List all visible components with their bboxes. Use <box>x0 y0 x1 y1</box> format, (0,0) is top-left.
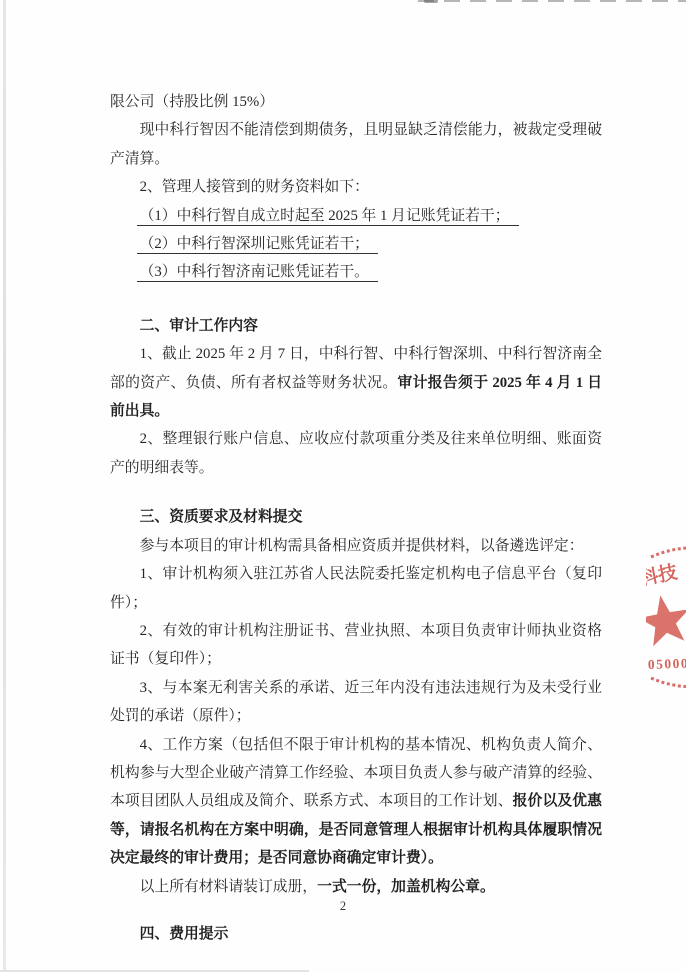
heading-section-4: 四、费用提示 <box>110 920 602 948</box>
document-content: 限公司（持股比例 15%）现中科行智因不能清偿到期债务，且明显缺乏清偿能力，被裁… <box>110 88 602 948</box>
paragraph-qualification-intro: 参与本项目的审计机构需具备相应资质并提供材料，以备遴选评定： <box>110 532 602 560</box>
heading-section-3: 三、资质要求及材料提交 <box>110 503 602 531</box>
paragraph-binding-note: 以上所有材料请装订成册，一式一份，加盖机构公章。 <box>110 873 602 901</box>
paragraph-continued: 限公司（持股比例 15%） <box>110 88 602 116</box>
text-segment: 3、与本案无利害关系的承诺、近三年内没有违法违规行为及未受行业处罚的承诺（原件）… <box>110 680 602 724</box>
seal-company-text: 科技 <box>646 560 679 590</box>
text-segment: （2）中科行智深圳记账凭证若干； <box>140 236 369 252</box>
text-segment: 2、整理银行账户信息、应收应付款项重分类及往来单位明细、账面资产的明细表等。 <box>110 431 602 475</box>
underlined-text: （3）中科行智济南记账凭证若干。 <box>137 264 378 282</box>
scan-line-artifact-top <box>418 0 686 2</box>
paragraph-audit-scope: 1、截止 2025 年 2 月 7 日，中科行智、中科行智深圳、中科行智济南全部… <box>110 340 602 425</box>
official-seal-fragment: 科技 05000 <box>646 542 686 692</box>
seal-star-icon <box>646 595 686 646</box>
text-segment: 2、管理人接管到的财务资料如下： <box>140 179 369 195</box>
text-segment: 1、审计机构须入驻江苏省人民法院委托鉴定机构电子信息平台（复印件）； <box>110 566 602 610</box>
paragraph-requirement-2: 2、有效的审计机构注册证书、营业执照、本项目负责审计师执业资格证书（复印件）； <box>110 617 602 674</box>
page-number: 2 <box>0 899 686 914</box>
paragraph-requirement-3: 3、与本案无利害关系的承诺、近三年内没有违法违规行为及未受行业处罚的承诺（原件）… <box>110 674 602 731</box>
list-item-2: （2）中科行智深圳记账凭证若干； <box>110 230 602 258</box>
paragraph-requirement-4: 4、工作方案（包括但不限于审计机构的基本情况、机构负责人简介、机构参与大型企业破… <box>110 731 602 873</box>
text-segment: 参与本项目的审计机构需具备相应资质并提供材料，以备遴选评定： <box>140 538 584 554</box>
text-segment: （1）中科行智自成立时起至 2025 年 1 月记账凭证若干； <box>140 208 510 224</box>
list-item-1: （1）中科行智自成立时起至 2025 年 1 月记账凭证若干； <box>110 202 602 230</box>
text-segment-bold: 三、资质要求及材料提交 <box>140 509 303 525</box>
text-segment-bold: 二、审计工作内容 <box>140 318 258 334</box>
paragraph-audit-sorting: 2、整理银行账户信息、应收应付款项重分类及往来单位明细、账面资产的明细表等。 <box>110 425 602 482</box>
underlined-text: （1）中科行智自成立时起至 2025 年 1 月记账凭证若干； <box>137 208 519 226</box>
text-segment: 2、有效的审计机构注册证书、营业执照、本项目负责审计师执业资格证书（复印件）； <box>110 623 602 667</box>
text-segment-bold: 四、费用提示 <box>140 926 229 942</box>
scan-blob-artifact-top <box>424 0 438 3</box>
paragraph-requirement-1: 1、审计机构须入驻江苏省人民法院委托鉴定机构电子信息平台（复印件）； <box>110 560 602 617</box>
seal-code-text: 05000 <box>648 656 686 672</box>
paragraph-insolvency: 现中科行智因不能清偿到期债务，且明显缺乏清偿能力，被裁定受理破产清算。 <box>110 116 602 173</box>
scan-edge-artifact-left <box>3 0 6 972</box>
seal-bottom-rim <box>651 678 686 687</box>
heading-section-2: 二、审计工作内容 <box>110 312 602 340</box>
paragraph-financial-materials: 2、管理人接管到的财务资料如下： <box>110 173 602 201</box>
text-segment: 以上所有材料请装订成册， <box>140 879 318 895</box>
underlined-text: （2）中科行智深圳记账凭证若干； <box>137 236 378 254</box>
section-gap <box>110 287 602 312</box>
seal-top-rim <box>651 548 686 557</box>
list-item-3: （3）中科行智济南记账凭证若干。 <box>110 258 602 286</box>
text-segment: 现中科行智因不能清偿到期债务，且明显缺乏清偿能力，被裁定受理破产清算。 <box>110 122 602 166</box>
text-segment-bold: 一式一份，加盖机构公章。 <box>317 879 495 895</box>
text-segment: （3）中科行智济南记账凭证若干。 <box>140 264 369 280</box>
document-page: 限公司（持股比例 15%）现中科行智因不能清偿到期债务，且明显缺乏清偿能力，被裁… <box>0 0 686 972</box>
section-gap <box>110 482 602 503</box>
text-segment: 限公司（持股比例 15%） <box>110 94 274 110</box>
